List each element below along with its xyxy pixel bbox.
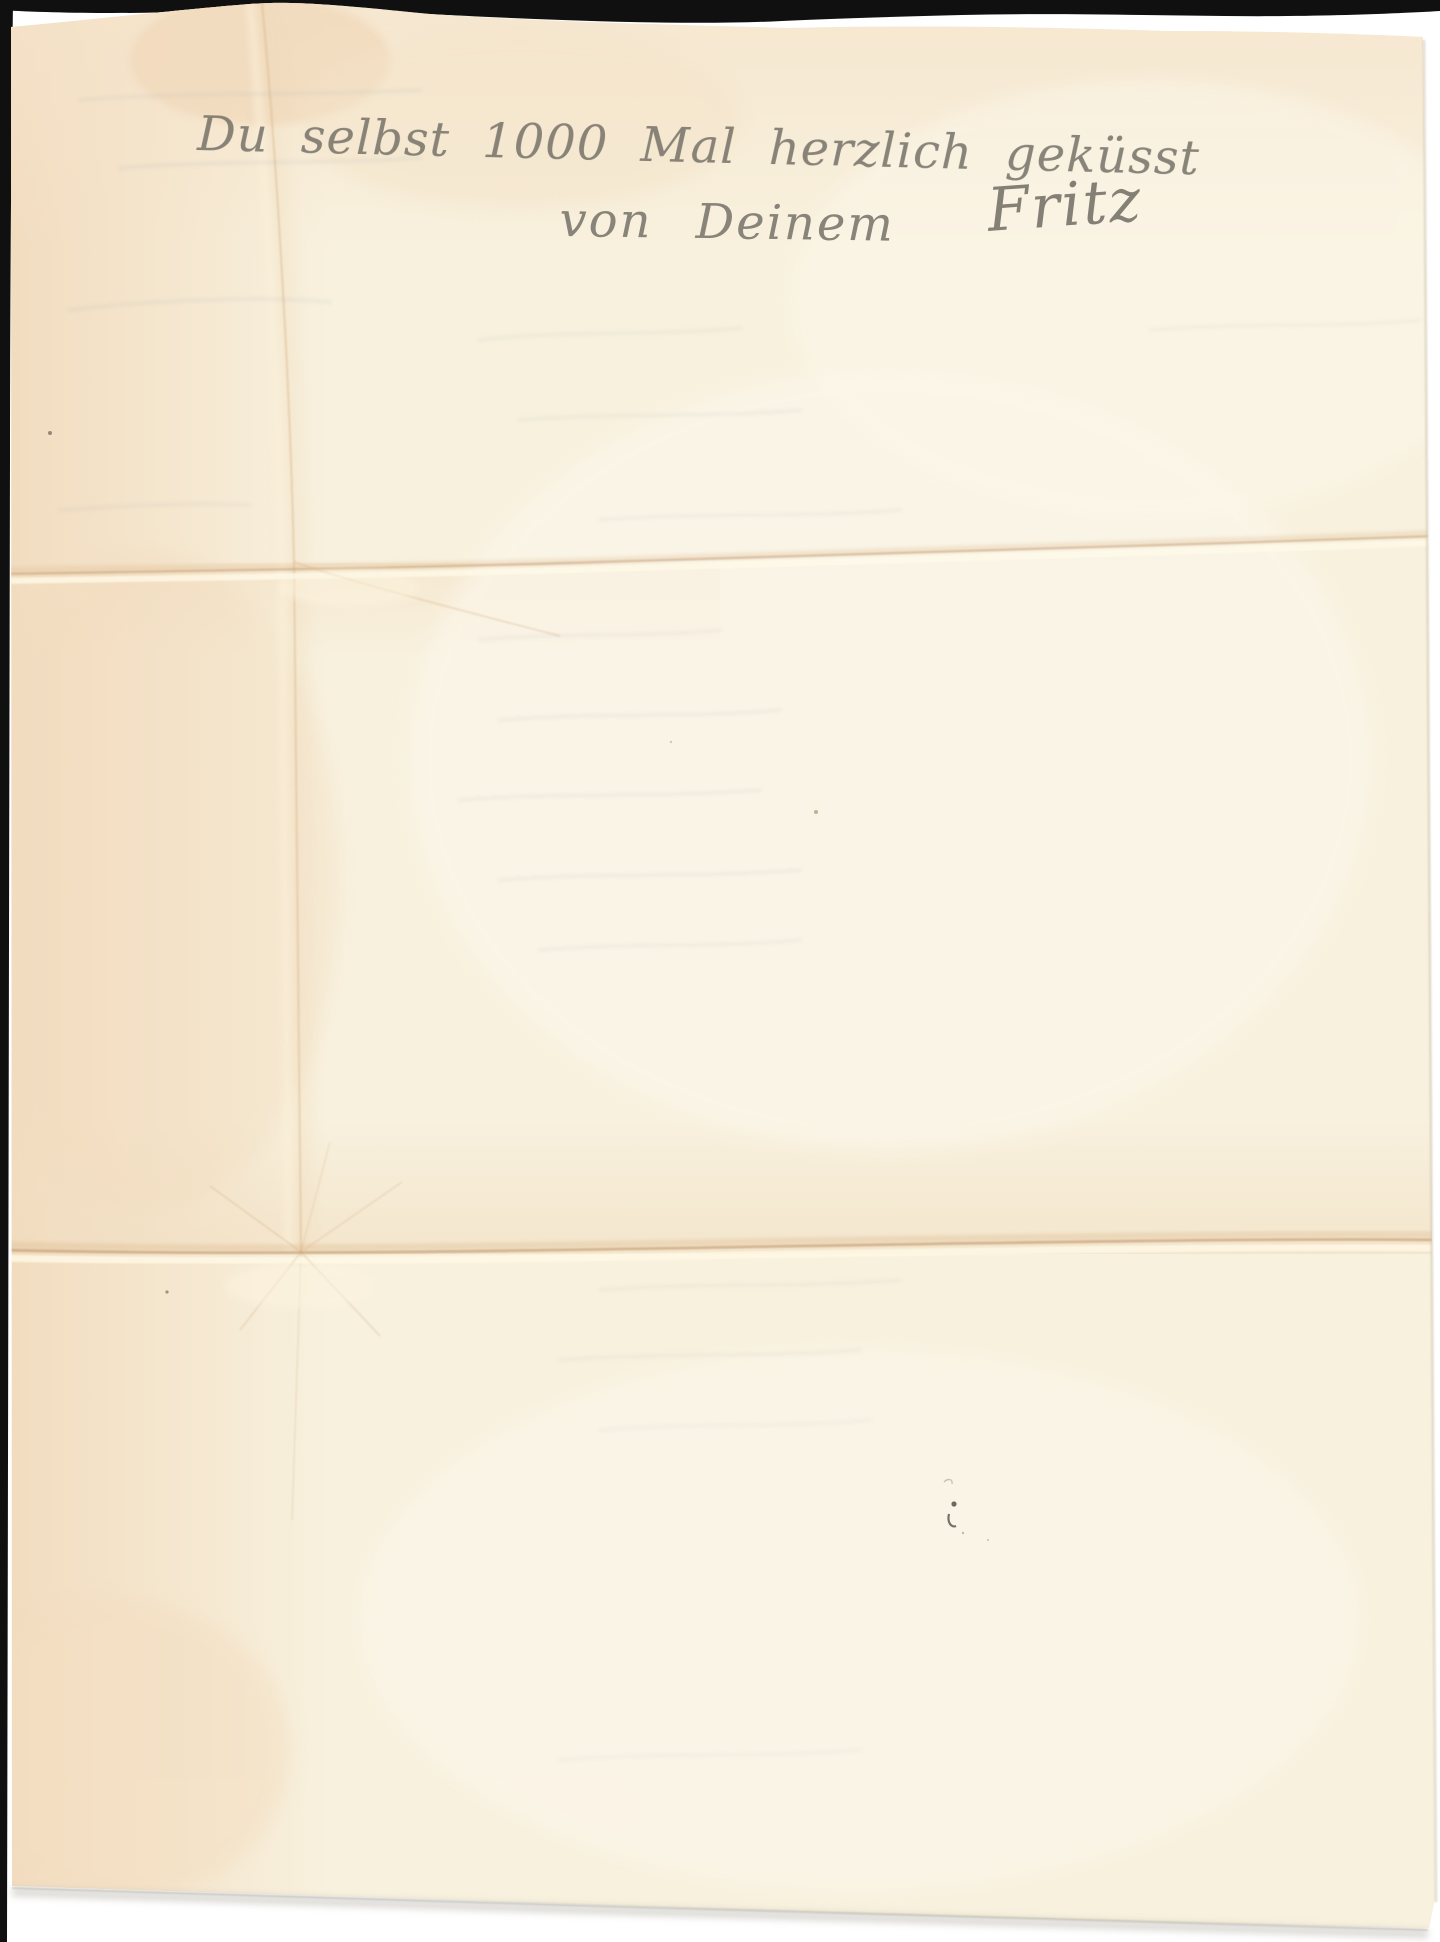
paper-speck-3 xyxy=(814,810,818,814)
paper-light-lower xyxy=(360,1350,1360,1890)
handwriting-line-2: von Deinem xyxy=(559,192,895,253)
scan-artwork xyxy=(0,0,1440,1942)
paper-speck-1 xyxy=(48,431,52,435)
crumple-1-bright-patch xyxy=(280,570,420,606)
paper-speck-2 xyxy=(165,1290,168,1293)
crumple-2-bright-patch xyxy=(225,1264,375,1308)
handwriting-signature: Fritz xyxy=(985,165,1145,246)
scanned-letter-page: Du selbst 1000 Mal herzlich geküsst von … xyxy=(0,0,1440,1942)
paper-speck-4 xyxy=(670,741,672,743)
